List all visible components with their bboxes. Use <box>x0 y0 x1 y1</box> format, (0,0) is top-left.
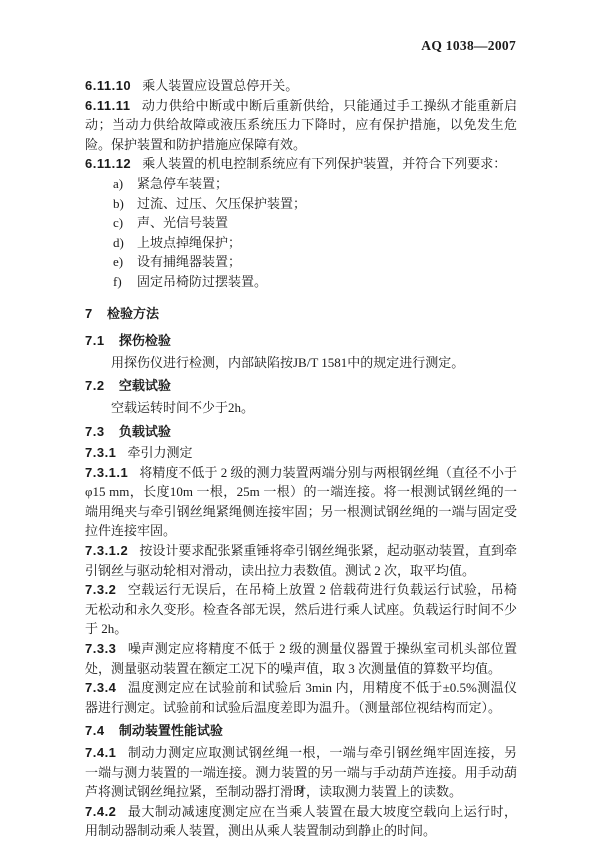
heading-number: 7 <box>85 306 93 321</box>
clause-text: 动力供给中断或中断后重新供给，只能通过手工操纵才能重新启动；当动力供给故障或液压… <box>85 98 517 152</box>
section-heading-7-3-1: 7.3.1牵引力测定 <box>85 443 517 463</box>
list-marker: c) <box>113 213 137 233</box>
page-number: 9 <box>297 783 303 797</box>
clause-number: 7.3.2 <box>85 582 116 597</box>
list-marker: b) <box>113 194 137 214</box>
clause-number: 6.11.11 <box>85 98 130 113</box>
list-item: b)过流、过压、欠压保护装置； <box>85 194 517 214</box>
list-item: f)固定吊椅防过摆装置。 <box>85 272 517 292</box>
list-marker: e) <box>113 252 137 272</box>
section-heading-7-2: 7.2空载试验 <box>85 376 517 396</box>
clause-number: 7.4.2 <box>85 804 116 819</box>
clause-text: 将精度不低于 2 级的测力装置两端分别与两根钢丝绳（直径不小于φ15 mm，长度… <box>85 465 517 539</box>
heading-title: 负载试验 <box>119 424 171 439</box>
list-marker: d) <box>113 233 137 253</box>
clause-number: 7.3.3 <box>85 641 116 656</box>
paragraph-7-2: 空载运转时间不少于2h。 <box>85 398 517 418</box>
heading-title: 牵引力测定 <box>127 445 192 460</box>
list-item-text: 过流、过压、欠压保护装置； <box>137 194 306 214</box>
heading-title: 制动装置性能试验 <box>119 723 223 738</box>
heading-number: 7.2 <box>85 378 105 393</box>
heading-title: 空载试验 <box>119 378 171 393</box>
heading-number: 7.3 <box>85 424 105 439</box>
clause-7-3-1-2: 7.3.1.2按设计要求配张紧重锤将牵引钢丝绳张紧，起动驱动装置，直到牵引钢丝与… <box>85 541 517 580</box>
page-footer: 9 <box>0 783 600 798</box>
list-item: d)上坡点掉绳保护； <box>85 233 517 253</box>
section-heading-7-3: 7.3负载试验 <box>85 422 517 442</box>
clause-text: 空载运行无误后，在吊椅上放置 2 倍载荷进行负载运行试验，吊椅无松动和永久变形。… <box>85 582 517 636</box>
heading-number: 7.4 <box>85 723 105 738</box>
clause-7-3-3: 7.3.3噪声测定应将精度不低于 2 级的测量仪器置于操纵室司机头部位置处，测量… <box>85 639 517 678</box>
clause-number: 6.11.10 <box>85 78 131 93</box>
clause-7-3-4: 7.3.4温度测定应在试验前和试验后 3min 内，用精度不低于±0.5%测温仪… <box>85 678 517 717</box>
heading-number: 7.1 <box>85 333 105 348</box>
clause-text: 温度测定应在试验前和试验后 3min 内，用精度不低于±0.5%测温仪器进行测定… <box>85 680 517 715</box>
clause-text: 噪声测定应将精度不低于 2 级的测量仪器置于操纵室司机头部位置处，测量驱动装置在… <box>85 641 517 676</box>
clause-number: 7.3.1.2 <box>85 543 128 558</box>
heading-number: 7.3.1 <box>85 445 116 460</box>
clause-number: 7.4.1 <box>85 745 116 760</box>
section-heading-7-4: 7.4制动装置性能试验 <box>85 721 517 741</box>
clause-number: 6.11.12 <box>85 156 131 171</box>
list-item-text: 上坡点掉绳保护； <box>137 233 241 253</box>
heading-title: 检验方法 <box>107 306 159 321</box>
clause-7-4-2: 7.4.2最大制动减速度测定应在当乘人装置在最大坡度空载向上运行时，用制动器制动… <box>85 802 517 841</box>
paragraph-7-1: 用探伤仪进行检测，内部缺陷按JB/T 1581中的规定进行测定。 <box>85 353 517 373</box>
list-item-text: 设有捕绳器装置； <box>137 252 241 272</box>
page-header: AQ 1038—2007 <box>421 38 516 54</box>
clause-7-3-2: 7.3.2空载运行无误后，在吊椅上放置 2 倍载荷进行负载运行试验，吊椅无松动和… <box>85 580 517 639</box>
protection-device-list: a)紧急停车装置； b)过流、过压、欠压保护装置； c)声、光信号装置 d)上坡… <box>85 174 517 292</box>
clause-6-11-10: 6.11.10乘人装置应设置总停开关。 <box>85 76 517 96</box>
clause-number: 7.3.4 <box>85 680 116 695</box>
document-content: 6.11.10乘人装置应设置总停开关。 6.11.11动力供给中断或中断后重新供… <box>85 76 517 841</box>
clause-number: 7.3.1.1 <box>85 465 128 480</box>
document-page: AQ 1038—2007 6.11.10乘人装置应设置总停开关。 6.11.11… <box>0 0 600 848</box>
clause-7-3-1-1: 7.3.1.1将精度不低于 2 级的测力装置两端分别与两根钢丝绳（直径不小于φ1… <box>85 463 517 541</box>
paragraph-text: 用探伤仪进行检测，内部缺陷按JB/T 1581中的规定进行测定。 <box>111 355 464 370</box>
section-heading-7: 7检验方法 <box>85 304 517 324</box>
paragraph-text: 空载运转时间不少于2h。 <box>111 400 254 415</box>
clause-text: 乘人装置应设置总停开关。 <box>142 78 298 93</box>
heading-title: 探伤检验 <box>119 333 171 348</box>
list-item-text: 紧急停车装置； <box>137 174 228 194</box>
list-item-text: 声、光信号装置 <box>137 213 228 233</box>
list-item: e)设有捕绳器装置； <box>85 252 517 272</box>
clause-text: 最大制动减速度测定应在当乘人装置在最大坡度空载向上运行时，用制动器制动乘人装置，… <box>85 804 517 839</box>
list-item-text: 固定吊椅防过摆装置。 <box>137 272 267 292</box>
list-item: c)声、光信号装置 <box>85 213 517 233</box>
clause-text: 按设计要求配张紧重锤将牵引钢丝绳张紧，起动驱动装置，直到牵引钢丝与驱动轮相对滑动… <box>85 543 517 578</box>
doc-number: AQ 1038—2007 <box>421 38 516 53</box>
section-heading-7-1: 7.1探伤检验 <box>85 331 517 351</box>
clause-6-11-12: 6.11.12乘人装置的机电控制系统应有下列保护装置，并符合下列要求： <box>85 154 517 174</box>
list-marker: a) <box>113 174 137 194</box>
list-item: a)紧急停车装置； <box>85 174 517 194</box>
clause-6-11-11: 6.11.11动力供给中断或中断后重新供给，只能通过手工操纵才能重新启动；当动力… <box>85 96 517 155</box>
clause-text: 乘人装置的机电控制系统应有下列保护装置，并符合下列要求： <box>142 156 506 171</box>
list-marker: f) <box>113 272 137 292</box>
